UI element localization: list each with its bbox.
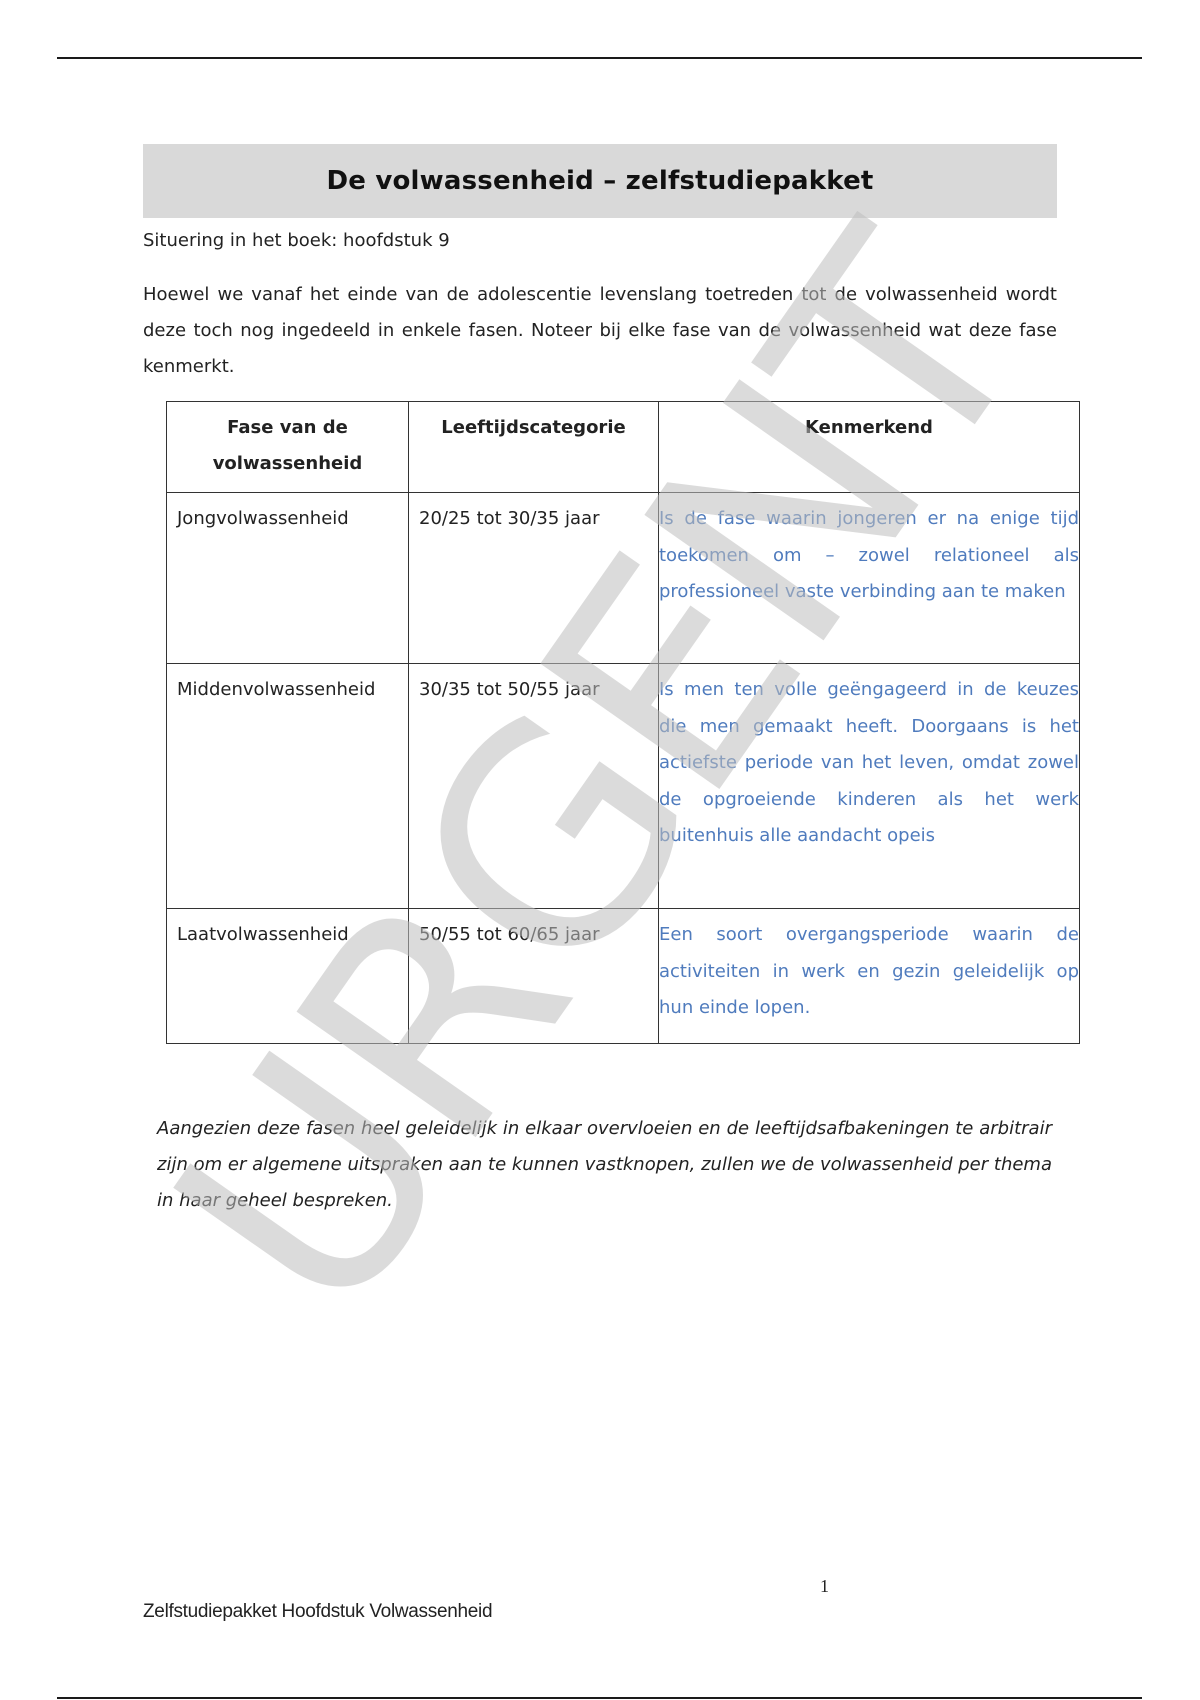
adulthood-phases-table: Fase van de volwassenheid Leeftijdscateg… (166, 401, 1080, 1044)
header-characteristic: Kenmerkend (659, 402, 1080, 493)
phase-cell: Middenvolwassenheid (167, 664, 409, 909)
table-row: Jongvolwassenheid 20/25 tot 30/35 jaar I… (167, 493, 1080, 664)
table-row: Laatvolwassenheid 50/55 tot 60/65 jaar E… (167, 909, 1080, 1044)
characteristic-cell: Een soort overgangsperiode waarin de act… (659, 909, 1080, 1044)
page-title: De volwassenheid – zelfstudiepakket (326, 166, 873, 196)
characteristic-cell: Is men ten volle geëngageerd in de keuze… (659, 664, 1080, 909)
footer-rule (57, 1697, 1142, 1699)
phase-cell: Laatvolwassenheid (167, 909, 409, 1044)
intro-paragraph: Hoewel we vanaf het einde van de adolesc… (143, 277, 1057, 385)
footer-text: Zelfstudiepakket Hoofdstuk Volwassenheid (143, 1601, 492, 1623)
age-cell: 30/35 tot 50/55 jaar (409, 664, 659, 909)
header-rule (57, 57, 1142, 59)
page-number: 1 (820, 1576, 829, 1597)
table-header-row: Fase van de volwassenheid Leeftijdscateg… (167, 402, 1080, 493)
characteristic-cell: Is de fase waarin jongeren er na enige t… (659, 493, 1080, 664)
book-reference: Situering in het boek: hoofdstuk 9 (143, 230, 450, 251)
phase-cell: Jongvolwassenheid (167, 493, 409, 664)
age-cell: 50/55 tot 60/65 jaar (409, 909, 659, 1044)
table-row: Middenvolwassenheid 30/35 tot 50/55 jaar… (167, 664, 1080, 909)
header-age-category: Leeftijdscategorie (409, 402, 659, 493)
age-cell: 20/25 tot 30/35 jaar (409, 493, 659, 664)
header-phase: Fase van de volwassenheid (167, 402, 409, 493)
closing-paragraph: Aangezien deze fasen heel geleidelijk in… (157, 1111, 1052, 1219)
title-banner: De volwassenheid – zelfstudiepakket (143, 144, 1057, 218)
